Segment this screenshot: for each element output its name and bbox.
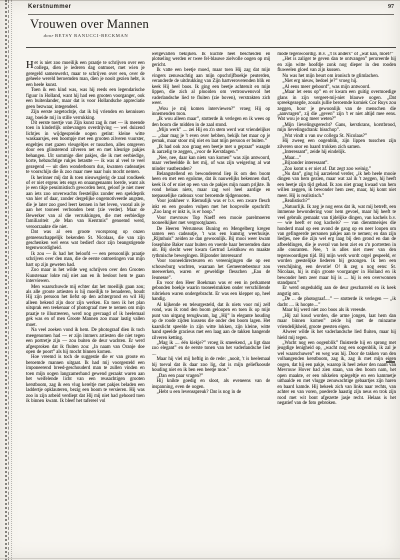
paragraph: Ik herinner mij dat ik toen nieuwsgierig… [26,176,145,231]
paragraph: Voor tooneeldirecteuren en vereenigingen… [152,259,271,281]
page-header: Kerstnummer 97 [28,4,394,10]
column-3: mode tegenwoordig. B.v. „'t Is anders” o… [277,52,396,452]
paragraph: Ik vatte een beetje moed, maar toen Hij … [152,68,271,106]
paragraph: De Heeren Werumeus Buning en Mengelberg … [152,227,271,260]
paragraph: Hij knikte goedig en sloot, als eveneens… [152,379,271,390]
paragraph: „Hij zal koud worden, die arme jongen, l… [277,314,396,330]
paragraph: Alweer wilde ik het vaderlandsche lied f… [277,330,396,341]
drop-cap: H [26,61,34,71]
paragraph: welgevallen bekijken. Ik kuchte heel bes… [152,52,271,68]
paragraph: Al kijkende en teleurgesteld, dat ik nie… [152,303,271,341]
paragraph: Voor mevrouw Top Naeff een mooie parelmo… [152,216,271,227]
paragraph: Zijn eerste zegetochtje, dat ik bij vrie… [26,110,145,121]
paragraph: „Nu dan”, ging hij aarzelend verder, „ik… [277,172,396,199]
page-number: 97 [388,4,394,10]
paragraph: Toen ik een kind was, was hij reeds een … [26,88,145,110]
paragraph: „Mijn lievelingsgerecht? Gans, kerstkran… [277,123,396,134]
scan-left-edge-noise [4,0,14,560]
paragraph: Belangstellend en bewonderend liep ik om… [152,172,271,199]
paragraph: „Nee, nee, daar kan niets van komen” was… [152,156,271,172]
paragraph: „Maar let eens op” en er kwam een guitig… [277,90,396,123]
paragraph: Voor jonkheer v. Riemsdijk was er b.v. e… [152,199,271,215]
paragraph: „Mijn werk” .... zei Hij en z'n stem wer… [152,128,271,144]
paragraph: Maar hij viel mij heftig in de rede: „no… [152,357,271,373]
title-rule [26,47,396,48]
byline: door BETSY RANUCCI-BECKMAN [30,33,142,38]
author-name: BETSY RANUCCI-BECKMAN [55,33,128,38]
issue-label: Kerstnummer [28,4,71,10]
paragraph: Het is niet zoo moeilijk een praatje te … [26,61,145,88]
paragraph: Dit eerste toertje van Zijn kunst zag ik… [26,121,145,176]
article-title: Vrouwen over Mannen [30,18,142,31]
paragraph: „Ik had ook zoo graag een beetje met u g… [152,145,271,156]
paragraph: „Hebt u een levensspreuk? Dat is nog in … [152,390,271,395]
paragraph: „Het is zaliger te geven dan te ontvange… [277,57,396,73]
paragraph: „Natuurlijk. Ik zeg je nog eens dat ik, … [277,205,396,287]
paragraph: Dat was al een groote voorsprong op onze… [26,230,145,252]
paragraph: Hij zweeg een oogenblik, zijn lippen tus… [277,139,396,150]
scan-bottom-edge [0,558,400,559]
column-2: welgevallen bekijken. Ik kuchte heel bes… [152,52,271,476]
column-1: Het is niet zoo moeilijk een praatje te … [26,52,145,462]
article-columns: Het is niet zoo moeilijk een praatje te … [26,52,396,476]
paragraph: „De ... de photograaf....” — stotterde i… [277,297,396,308]
paragraph: Ik zou — ik had het beloofd — een persoo… [26,252,145,268]
paragraph: Men waarschuwde mij echter dat het moeil… [26,285,145,329]
paragraph: Na veel zoeken vond ik hem. De photograa… [26,328,145,355]
paragraph: Er werd ongeduldig aan de deur gescharre… [277,286,396,297]
paragraph: „Mag ik .... één kiekje?” vroeg ik smeek… [152,341,271,357]
scan-top-edge [0,0,400,1]
paragraph: „Wou je mij komen interviewen?” vroeg Hi… [152,107,271,118]
header-rule [28,14,394,15]
byline-prefix: door [44,33,54,38]
paragraph: Hoe vreemd is toch de suggestie die er v… [26,355,145,404]
paragraph: „Wacht nog een oogenblik” fluisterde hij… [277,341,396,406]
scanned-magazine-page: Kerstnummer 97 Vrouwen over Mannen door … [0,0,400,560]
article-title-block: Vrouwen over Mannen door BETSY RANUCCI-B… [30,18,142,38]
paragraph: Zoo maar in het wilde weg schrijven over… [26,268,145,284]
paragraph: En voor den Heer Boekman was er een in p… [152,281,271,303]
paragraph: „Ik wou alleen maar”, stotterde ik verle… [152,117,271,128]
